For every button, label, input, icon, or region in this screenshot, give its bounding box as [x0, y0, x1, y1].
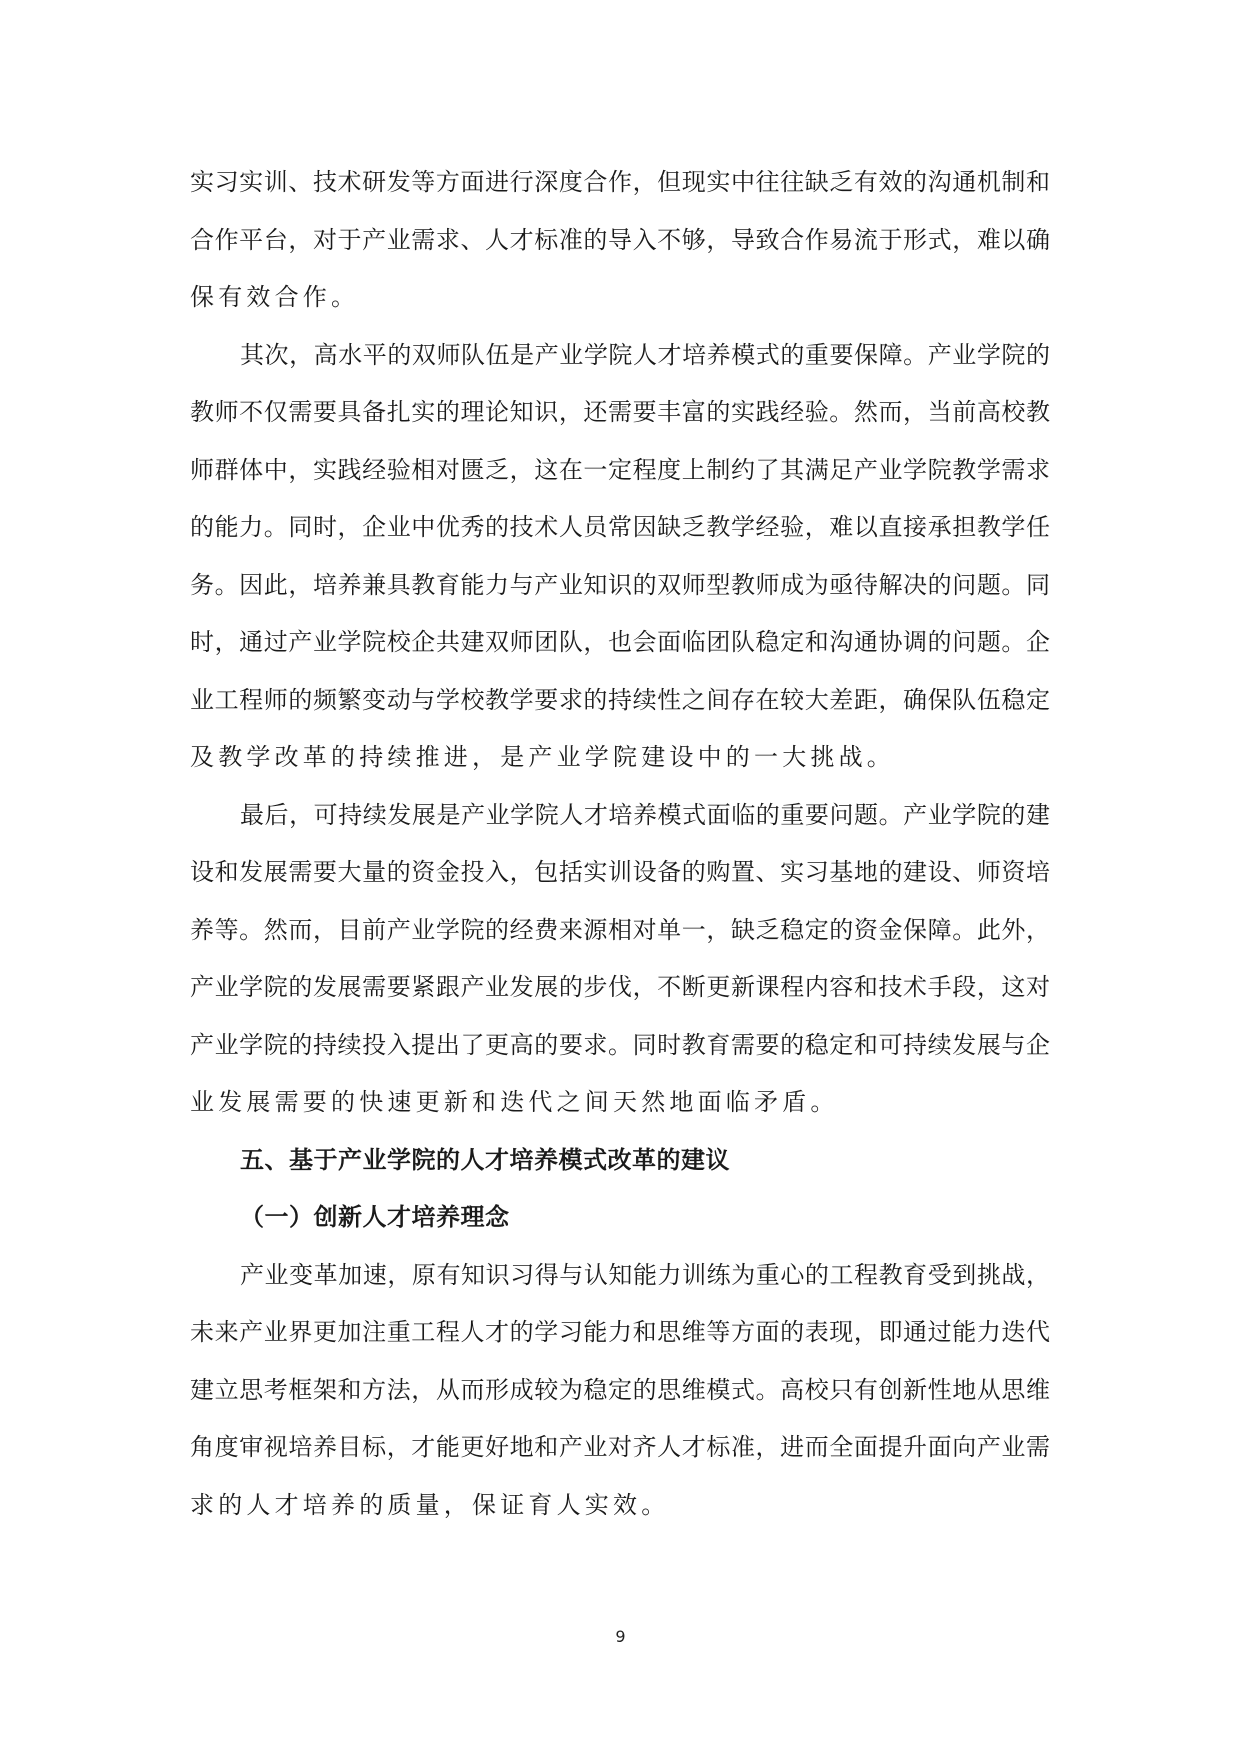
section-heading: 五、基于产业学院的人才培养模式改革的建议	[190, 1143, 1050, 1201]
text-line: 及教学改革的持续推进，是产业学院建设中的一大挑战。	[190, 740, 1050, 798]
text-line: 合作平台，对于产业需求、人才标准的导入不够，导致合作易流于形式，难以确	[190, 223, 1050, 281]
text-line: 建立思考框架和方法，从而形成较为稳定的思维模式。高校只有创新性地从思维	[190, 1373, 1050, 1431]
text-line: 保有效合作。	[190, 280, 1050, 338]
text-line: 未来产业界更加注重工程人才的学习能力和思维等方面的表现，即通过能力迭代	[190, 1315, 1050, 1373]
text-line: 师群体中，实践经验相对匮乏，这在一定程度上制约了其满足产业学院教学需求	[190, 453, 1050, 511]
text-line: 角度审视培养目标，才能更好地和产业对齐人才标准，进而全面提升面向产业需	[190, 1430, 1050, 1488]
text-line: 设和发展需要大量的资金投入，包括实训设备的购置、实习基地的建设、师资培	[190, 855, 1050, 913]
text-line: 产业学院的发展需要紧跟产业发展的步伐，不断更新课程内容和技术手段，这对	[190, 970, 1050, 1028]
paragraph-dual-teacher-team: 其次，高水平的双师队伍是产业学院人才培养模式的重要保障。产业学院的 教师不仅需要…	[190, 338, 1050, 798]
page-body: 实习实训、技术研发等方面进行深度合作，但现实中往往缺乏有效的沟通机制和 合作平台…	[190, 165, 1050, 1545]
text-line: 的能力。同时，企业中优秀的技术人员常因缺乏教学经验，难以直接承担教学任	[190, 510, 1050, 568]
text-line: 求的人才培养的质量，保证育人实效。	[190, 1488, 1050, 1546]
text-line: 实习实训、技术研发等方面进行深度合作，但现实中往往缺乏有效的沟通机制和	[190, 165, 1050, 223]
paragraph-sustainability: 最后，可持续发展是产业学院人才培养模式面临的重要问题。产业学院的建 设和发展需要…	[190, 798, 1050, 1143]
text-line: 最后，可持续发展是产业学院人才培养模式面临的重要问题。产业学院的建	[190, 798, 1050, 856]
text-line: 产业变革加速，原有知识习得与认知能力训练为重心的工程教育受到挑战，	[190, 1258, 1050, 1316]
text-line: 其次，高水平的双师队伍是产业学院人才培养模式的重要保障。产业学院的	[190, 338, 1050, 396]
paragraph-continuation: 实习实训、技术研发等方面进行深度合作，但现实中往往缺乏有效的沟通机制和 合作平台…	[190, 165, 1050, 338]
subsection-heading: （一）创新人才培养理念	[190, 1200, 1050, 1258]
document-page: 实习实训、技术研发等方面进行深度合作，但现实中往往缺乏有效的沟通机制和 合作平台…	[0, 0, 1241, 1754]
text-line: 产业学院的持续投入提出了更高的要求。同时教育需要的稳定和可持续发展与企	[190, 1028, 1050, 1086]
text-line: 时，通过产业学院校企共建双师团队，也会面临团队稳定和沟通协调的问题。企	[190, 625, 1050, 683]
text-line: 务。因此，培养兼具教育能力与产业知识的双师型教师成为亟待解决的问题。同	[190, 568, 1050, 626]
text-line: 业发展需要的快速更新和迭代之间天然地面临矛盾。	[190, 1085, 1050, 1143]
text-line: 教师不仅需要具备扎实的理论知识，还需要丰富的实践经验。然而，当前高校教	[190, 395, 1050, 453]
page-number: 9	[0, 1627, 1241, 1646]
text-line: 业工程师的频繁变动与学校教学要求的持续性之间存在较大差距，确保队伍稳定	[190, 683, 1050, 741]
text-line: 养等。然而，目前产业学院的经费来源相对单一，缺乏稳定的资金保障。此外，	[190, 913, 1050, 971]
paragraph-innovation-concept: 产业变革加速，原有知识习得与认知能力训练为重心的工程教育受到挑战， 未来产业界更…	[190, 1258, 1050, 1546]
